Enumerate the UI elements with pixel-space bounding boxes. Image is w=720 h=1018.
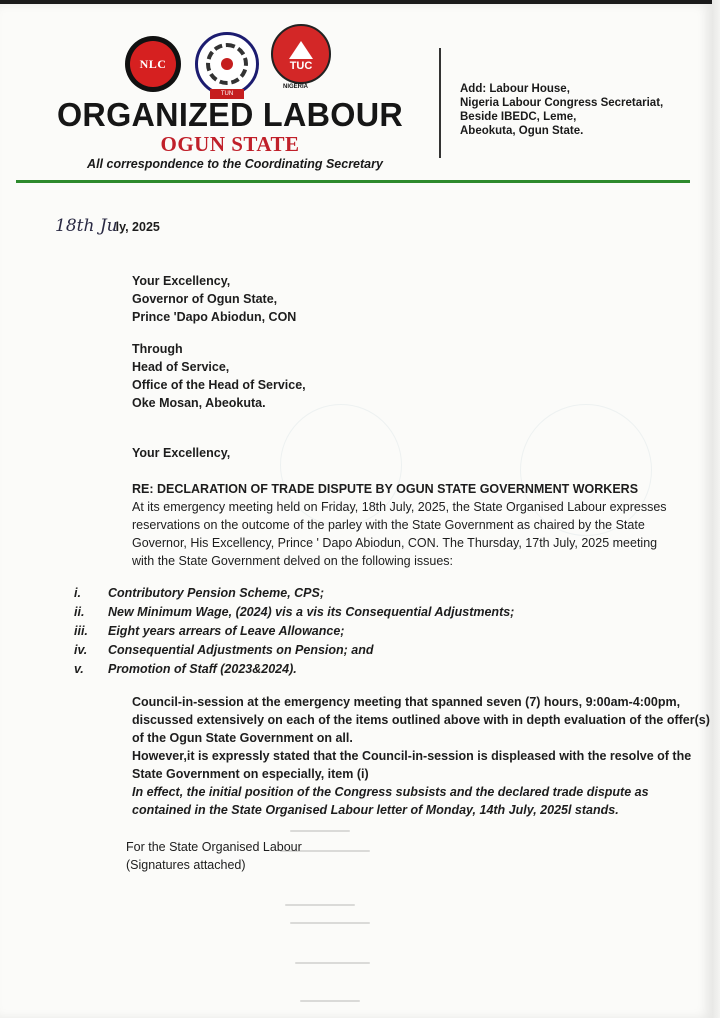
subject-line: RE: DECLARATION OF TRADE DISPUTE BY OGUN… [132, 480, 712, 498]
issue-number: v. [74, 662, 108, 681]
issues-list: i.Contributory Pension Scheme, CPS; ii.N… [74, 586, 514, 681]
tuc-logo-text: TUC [290, 60, 313, 72]
recipient-line: Your Excellency, [132, 272, 296, 290]
issue-text: Consequential Adjustments on Pension; an… [108, 643, 374, 662]
through-line: Oke Mosan, Abeokuta. [132, 394, 306, 412]
header-divider [439, 48, 441, 158]
salutation: Your Excellency, [132, 444, 230, 462]
triangle-icon [289, 41, 313, 59]
subject-and-intro: RE: DECLARATION OF TRADE DISPUTE BY OGUN… [132, 480, 712, 570]
address-line: Add: Labour House, [460, 82, 663, 96]
page-edge [712, 0, 720, 1018]
issue-item: ii.New Minimum Wage, (2024) vis a vis it… [74, 605, 514, 624]
issue-item: v.Promotion of Staff (2023&2024). [74, 662, 514, 681]
issue-item: iv.Consequential Adjustments on Pension;… [74, 643, 514, 662]
letter-date: 18th July, 2025 [55, 216, 160, 236]
letter-page: NLC TUN TUC NIGERIA ORGANIZED LABOUR OGU… [0, 4, 712, 1018]
conclusion-line: In effect, the initial position of the C… [132, 783, 712, 801]
organization-title: ORGANIZED LABOUR [54, 96, 407, 134]
tuc-logo: TUC [271, 24, 331, 84]
paragraph-line: of the Ogun State Government on all. [132, 729, 712, 747]
issue-number: iv. [74, 643, 108, 662]
through-line: Head of Service, [132, 358, 306, 376]
issue-text: Promotion of Staff (2023&2024). [108, 662, 297, 681]
through-block: Through Head of Service, Office of the H… [132, 340, 306, 412]
letterhead-rule [16, 180, 690, 183]
paragraph-line: At its emergency meeting held on Friday,… [132, 498, 712, 516]
council-paragraph: Council-in-session at the emergency meet… [132, 693, 712, 819]
recipient-line: Governor of Ogun State, [132, 290, 296, 308]
printed-date: ly, 2025 [116, 220, 160, 234]
paragraph-line: Council-in-session at the emergency meet… [132, 693, 712, 711]
issue-text: New Minimum Wage, (2024) vis a vis its C… [108, 605, 514, 624]
handwritten-date: 18th Ju [55, 216, 118, 236]
issue-item: iii.Eight years arrears of Leave Allowan… [74, 624, 514, 643]
address-line: Beside IBEDC, Leme, [460, 110, 663, 124]
nlc-logo-text: NLC [130, 41, 176, 87]
paragraph-line: However,it is expressly stated that the … [132, 747, 712, 765]
through-line: Office of the Head of Service, [132, 376, 306, 394]
intro-paragraph: At its emergency meeting held on Friday,… [132, 498, 712, 570]
address-line: Nigeria Labour Congress Secretariat, [460, 96, 663, 110]
closing-line: (Signatures attached) [126, 856, 302, 874]
paragraph-line: reservations on the outcome of the parle… [132, 516, 712, 534]
organization-subtitle: OGUN STATE [50, 132, 410, 157]
issue-number: i. [74, 586, 108, 605]
issue-number: iii. [74, 624, 108, 643]
recipient-block: Your Excellency, Governor of Ogun State,… [132, 272, 296, 326]
tuc-logo-caption: NIGERIA [283, 84, 308, 90]
paragraph-line: discussed extensively on each of the ite… [132, 711, 712, 729]
correspondence-note: All correspondence to the Coordinating S… [50, 157, 420, 171]
issue-text: Eight years arrears of Leave Allowance; [108, 624, 344, 643]
address-line: Abeokuta, Ogun State. [460, 124, 663, 138]
conclusion-line: contained in the State Organised Labour … [132, 801, 712, 819]
paragraph-line: State Government on especially, item (i) [132, 765, 712, 783]
recipient-line: Prince 'Dapo Abiodun, CON [132, 308, 296, 326]
paragraph-line: with the State Government delved on the … [132, 552, 712, 570]
gear-icon [206, 43, 248, 85]
tun-logo: TUN [195, 32, 259, 96]
closing-line: For the State Organised Labour [126, 838, 302, 856]
through-line: Through [132, 340, 306, 358]
issue-number: ii. [74, 605, 108, 624]
issue-text: Contributory Pension Scheme, CPS; [108, 586, 324, 605]
issue-item: i.Contributory Pension Scheme, CPS; [74, 586, 514, 605]
nlc-logo: NLC [125, 36, 181, 92]
paragraph-line: Governor, His Excellency, Prince ' Dapo … [132, 534, 712, 552]
closing-block: For the State Organised Labour (Signatur… [126, 838, 302, 874]
address-block: Add: Labour House, Nigeria Labour Congre… [460, 82, 663, 138]
